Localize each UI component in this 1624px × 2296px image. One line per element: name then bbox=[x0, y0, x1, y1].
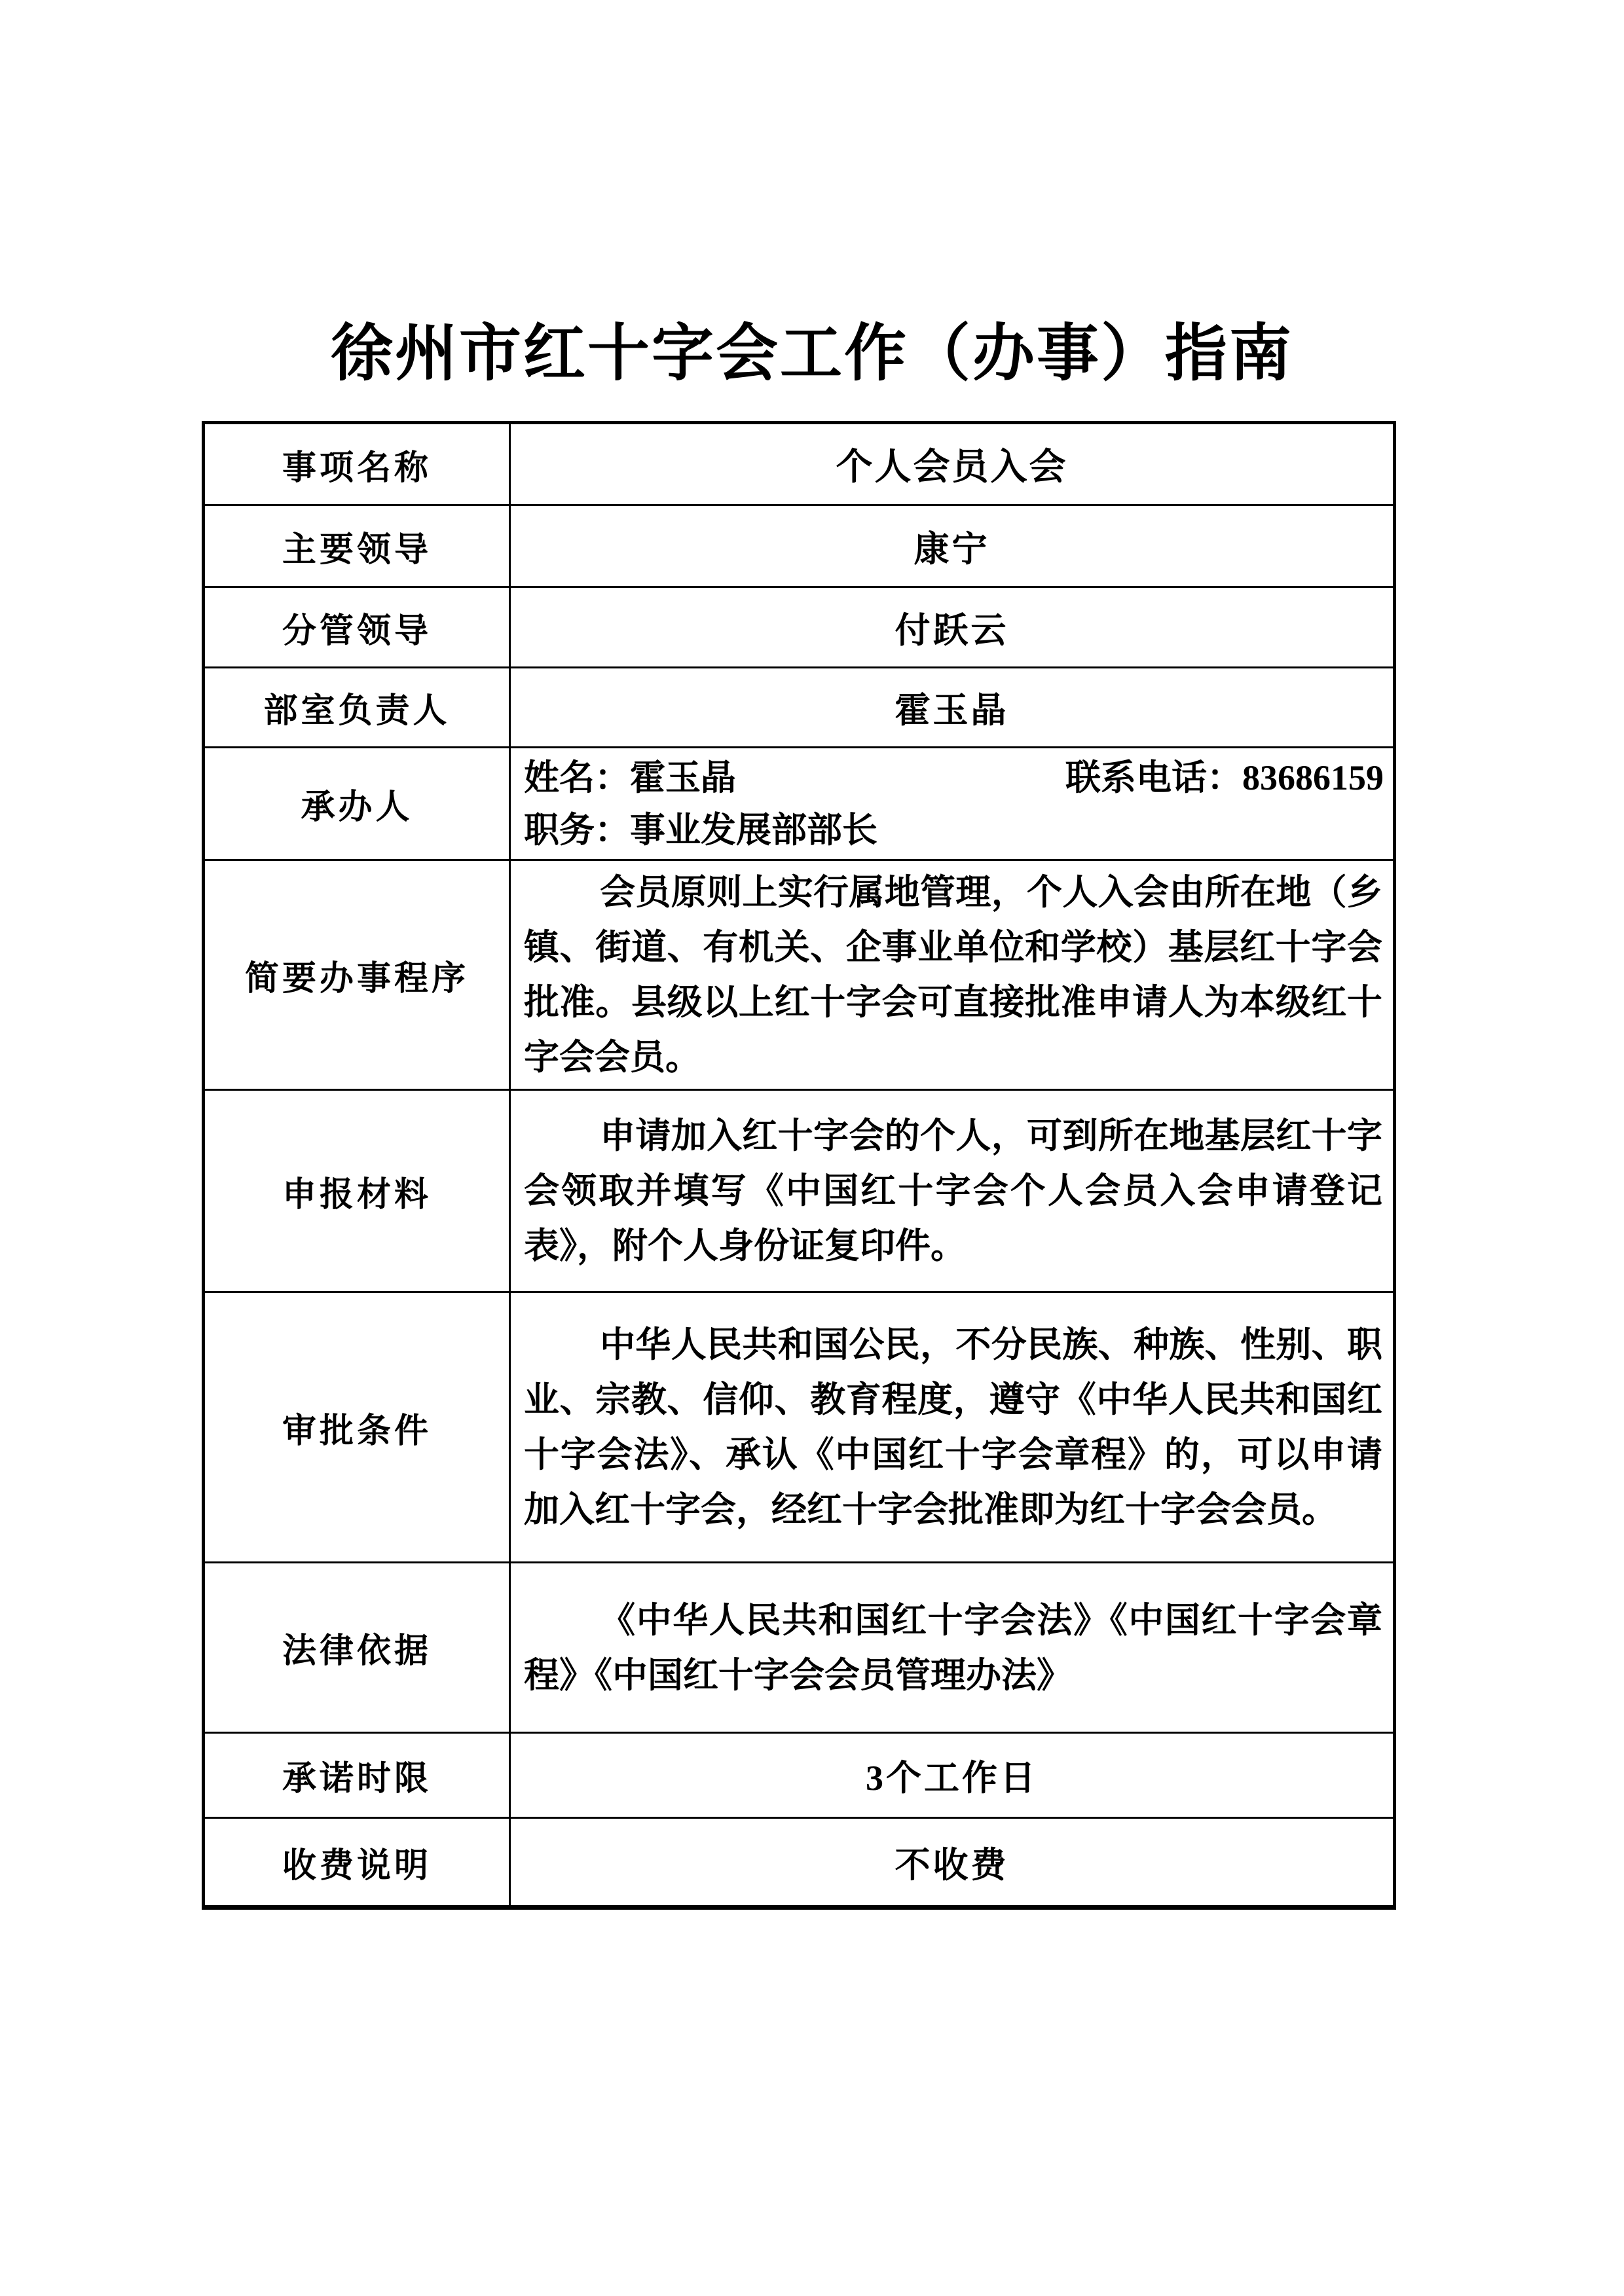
table-row-fee: 收费说明 不收费 bbox=[205, 1817, 1393, 1905]
row-value: 申请加入红十字会的个人，可到所在地基层红十字会领取并填写《中国红十字会个人会员入… bbox=[511, 1091, 1393, 1291]
row-value: 个人会员入会 bbox=[511, 424, 1393, 504]
row-label: 收费说明 bbox=[205, 1819, 511, 1905]
guide-table: 事项名称 个人会员入会 主要领导 康宁 分管领导 付跃云 部室负责人 霍玉晶 承… bbox=[202, 421, 1396, 1910]
row-value: 付跃云 bbox=[511, 588, 1393, 666]
table-row-main-leader: 主要领导 康宁 bbox=[205, 504, 1393, 586]
row-value: 3个工作日 bbox=[511, 1734, 1393, 1817]
handler-phone: 联系电话：83686159 bbox=[1065, 752, 1384, 804]
row-label: 主要领导 bbox=[205, 506, 511, 586]
row-label: 审批条件 bbox=[205, 1293, 511, 1561]
row-value: 会员原则上实行属地管理，个人入会由所在地（乡镇、街道、有机关、企事业单位和学校）… bbox=[511, 861, 1393, 1089]
row-label: 事项名称 bbox=[205, 424, 511, 504]
handler-duty: 职务：事业发展部部长 bbox=[524, 804, 877, 856]
row-label: 申报材料 bbox=[205, 1091, 511, 1291]
procedure-text: 会员原则上实行属地管理，个人入会由所在地（乡镇、街道、有机关、企事业单位和学校）… bbox=[524, 865, 1382, 1085]
table-row-time-limit: 承诺时限 3个工作日 bbox=[205, 1732, 1393, 1817]
row-label: 承诺时限 bbox=[205, 1734, 511, 1817]
row-value: 《中华人民共和国红十字会法》《中国红十字会章程》《中国红十字会会员管理办法》 bbox=[511, 1563, 1393, 1732]
table-row-handler: 承办人 姓名：霍玉晶 联系电话：83686159 职务：事业发展部部长 bbox=[205, 746, 1393, 859]
handler-line-2: 职务：事业发展部部长 bbox=[524, 804, 1384, 856]
document-page: 徐州市红十字会工作（办事）指南 事项名称 个人会员入会 主要领导 康宁 分管领导… bbox=[0, 0, 1624, 2296]
table-row-dept-head: 部室负责人 霍玉晶 bbox=[205, 666, 1393, 746]
conditions-text: 中华人民共和国公民，不分民族、种族、性别、职业、宗教、信仰、教育程度，遵守《中华… bbox=[524, 1317, 1382, 1537]
table-row-materials: 申报材料 申请加入红十字会的个人，可到所在地基层红十字会领取并填写《中国红十字会… bbox=[205, 1089, 1393, 1291]
row-value: 霍玉晶 bbox=[511, 668, 1393, 746]
materials-text: 申请加入红十字会的个人，可到所在地基层红十字会领取并填写《中国红十字会个人会员入… bbox=[524, 1108, 1382, 1273]
row-label: 简要办事程序 bbox=[205, 861, 511, 1089]
row-label: 承办人 bbox=[205, 748, 511, 859]
row-label: 分管领导 bbox=[205, 588, 511, 666]
row-value: 不收费 bbox=[511, 1819, 1393, 1905]
row-value: 姓名：霍玉晶 联系电话：83686159 职务：事业发展部部长 bbox=[511, 748, 1393, 859]
row-label: 法律依据 bbox=[205, 1563, 511, 1732]
table-row-conditions: 审批条件 中华人民共和国公民，不分民族、种族、性别、职业、宗教、信仰、教育程度，… bbox=[205, 1291, 1393, 1561]
row-label: 部室负责人 bbox=[205, 668, 511, 746]
table-row-legal-basis: 法律依据 《中华人民共和国红十字会法》《中国红十字会章程》《中国红十字会会员管理… bbox=[205, 1561, 1393, 1732]
table-row-procedure: 简要办事程序 会员原则上实行属地管理，个人入会由所在地（乡镇、街道、有机关、企事… bbox=[205, 859, 1393, 1089]
handler-name: 姓名：霍玉晶 bbox=[524, 752, 736, 804]
table-row-deputy-leader: 分管领导 付跃云 bbox=[205, 586, 1393, 666]
legal-basis-text: 《中华人民共和国红十字会法》《中国红十字会章程》《中国红十字会会员管理办法》 bbox=[524, 1593, 1382, 1703]
row-value: 康宁 bbox=[511, 506, 1393, 586]
handler-line-1: 姓名：霍玉晶 联系电话：83686159 bbox=[524, 752, 1384, 804]
page-title: 徐州市红十字会工作（办事）指南 bbox=[0, 319, 1624, 388]
row-value: 中华人民共和国公民，不分民族、种族、性别、职业、宗教、信仰、教育程度，遵守《中华… bbox=[511, 1293, 1393, 1561]
table-row-item-name: 事项名称 个人会员入会 bbox=[205, 424, 1393, 504]
